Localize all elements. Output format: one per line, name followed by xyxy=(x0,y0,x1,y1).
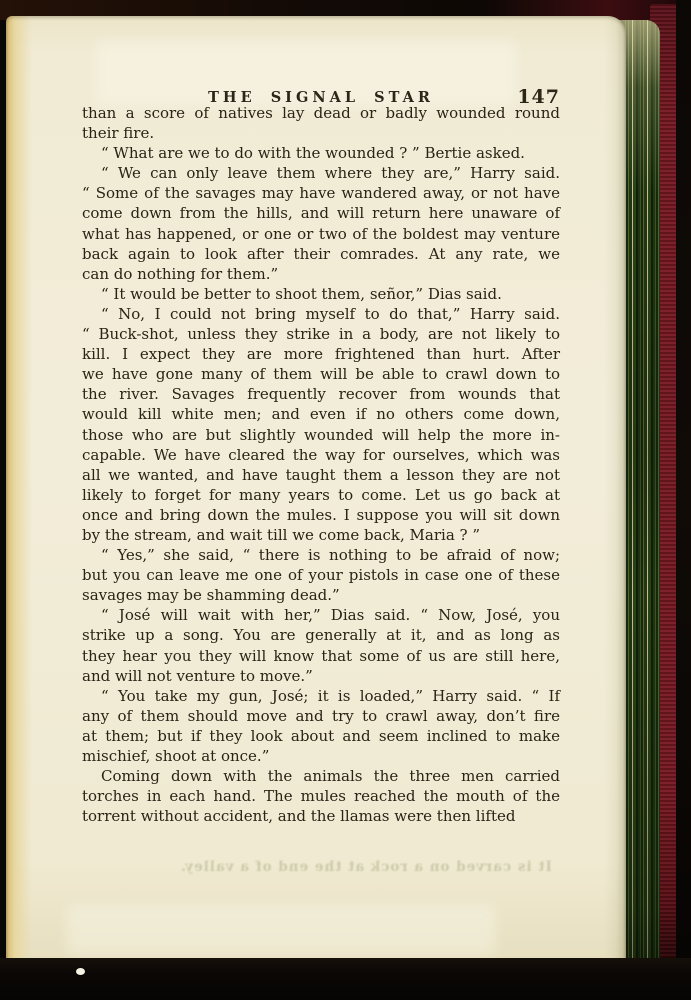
text-line: back again to look after their comrades.… xyxy=(82,244,560,264)
text-line: “ No, I could not bring myself to do tha… xyxy=(82,304,560,324)
paragraph: than a score of natives lay dead or badl… xyxy=(82,103,560,143)
paragraph: “ It would be better to shoot them, seño… xyxy=(82,284,560,304)
text-line: all we wanted, and have taught them a le… xyxy=(82,465,560,485)
scan-glare-bottom xyxy=(66,904,496,956)
text-line: likely to forget for many years to come.… xyxy=(82,485,560,505)
text-line: strike up a song. You are generally at i… xyxy=(82,625,560,645)
text-line: capable. We have cleared the way for our… xyxy=(82,445,560,465)
paragraph: “ Yes,” she said, “ there is nothing to … xyxy=(82,545,560,605)
text-line: can do nothing for them.” xyxy=(82,264,560,284)
paragraph: “ José will wait with her,” Dias said. “… xyxy=(82,605,560,685)
paragraph: “ What are we to do with the wounded ? ”… xyxy=(82,143,560,163)
text-line: the river. Savages frequently recover fr… xyxy=(82,384,560,404)
text-line: kill. I expect they are more frightened … xyxy=(82,344,560,364)
text-line: once and bring down the mules. I suppose… xyxy=(82,505,560,525)
scan-background-bottom xyxy=(0,958,691,1000)
book-page: THE SIGNAL STAR 147 than a score of nati… xyxy=(6,16,626,976)
text-line: than a score of natives lay dead or badl… xyxy=(82,103,560,123)
scan-background-right xyxy=(676,0,691,1000)
text-line: “ It would be better to shoot them, seño… xyxy=(82,284,560,304)
bleedthrough-caption: It is carved on a rock at the end of a v… xyxy=(156,859,576,875)
text-line: at them; but if they look about and seem… xyxy=(82,726,560,746)
text-line: Coming down with the animals the three m… xyxy=(82,766,560,786)
text-line: “ You take my gun, José; it is loaded,” … xyxy=(82,686,560,706)
text-line: “ José will wait with her,” Dias said. “… xyxy=(82,605,560,625)
text-line: “ Yes,” she said, “ there is nothing to … xyxy=(82,545,560,565)
text-line: torches in each hand. The mules reached … xyxy=(82,786,560,806)
page-text-block: than a score of natives lay dead or badl… xyxy=(82,103,560,826)
text-line: what has happened, or one or two of the … xyxy=(82,224,560,244)
paragraph: “ You take my gun, José; it is loaded,” … xyxy=(82,686,560,766)
paragraph: Coming down with the animals the three m… xyxy=(82,766,560,826)
text-line: their fire. xyxy=(82,123,560,143)
text-line: but you can leave me one of your pistols… xyxy=(82,565,560,585)
text-line: would kill white men; and even if no oth… xyxy=(82,404,560,424)
text-line: come down from the hills, and will retur… xyxy=(82,203,560,223)
text-line: “ Buck-shot, unless they strike in a bod… xyxy=(82,324,560,344)
scanned-book-photo: THE SIGNAL STAR 147 than a score of nati… xyxy=(0,0,691,1000)
text-line: by the stream, and wait till we come bac… xyxy=(82,525,560,545)
text-line: they hear you they will know that some o… xyxy=(82,646,560,666)
text-line: “ What are we to do with the wounded ? ”… xyxy=(82,143,560,163)
text-line: torrent without accident, and the llamas… xyxy=(82,806,560,826)
text-line: any of them should move and try to crawl… xyxy=(82,706,560,726)
page-corner-speck xyxy=(76,968,85,975)
text-line: “ We can only leave them where they are,… xyxy=(82,163,560,183)
text-line: savages may be shamming dead.” xyxy=(82,585,560,605)
text-line: mischief, shoot at once.” xyxy=(82,746,560,766)
paragraph: “ No, I could not bring myself to do tha… xyxy=(82,304,560,545)
paragraph: “ We can only leave them where they are,… xyxy=(82,163,560,284)
text-line: “ Some of the savages may have wandered … xyxy=(82,183,560,203)
text-line: and will not venture to move.” xyxy=(82,666,560,686)
text-line: those who are but slightly wounded will … xyxy=(82,425,560,445)
text-line: we have gone many of them will be able t… xyxy=(82,364,560,384)
